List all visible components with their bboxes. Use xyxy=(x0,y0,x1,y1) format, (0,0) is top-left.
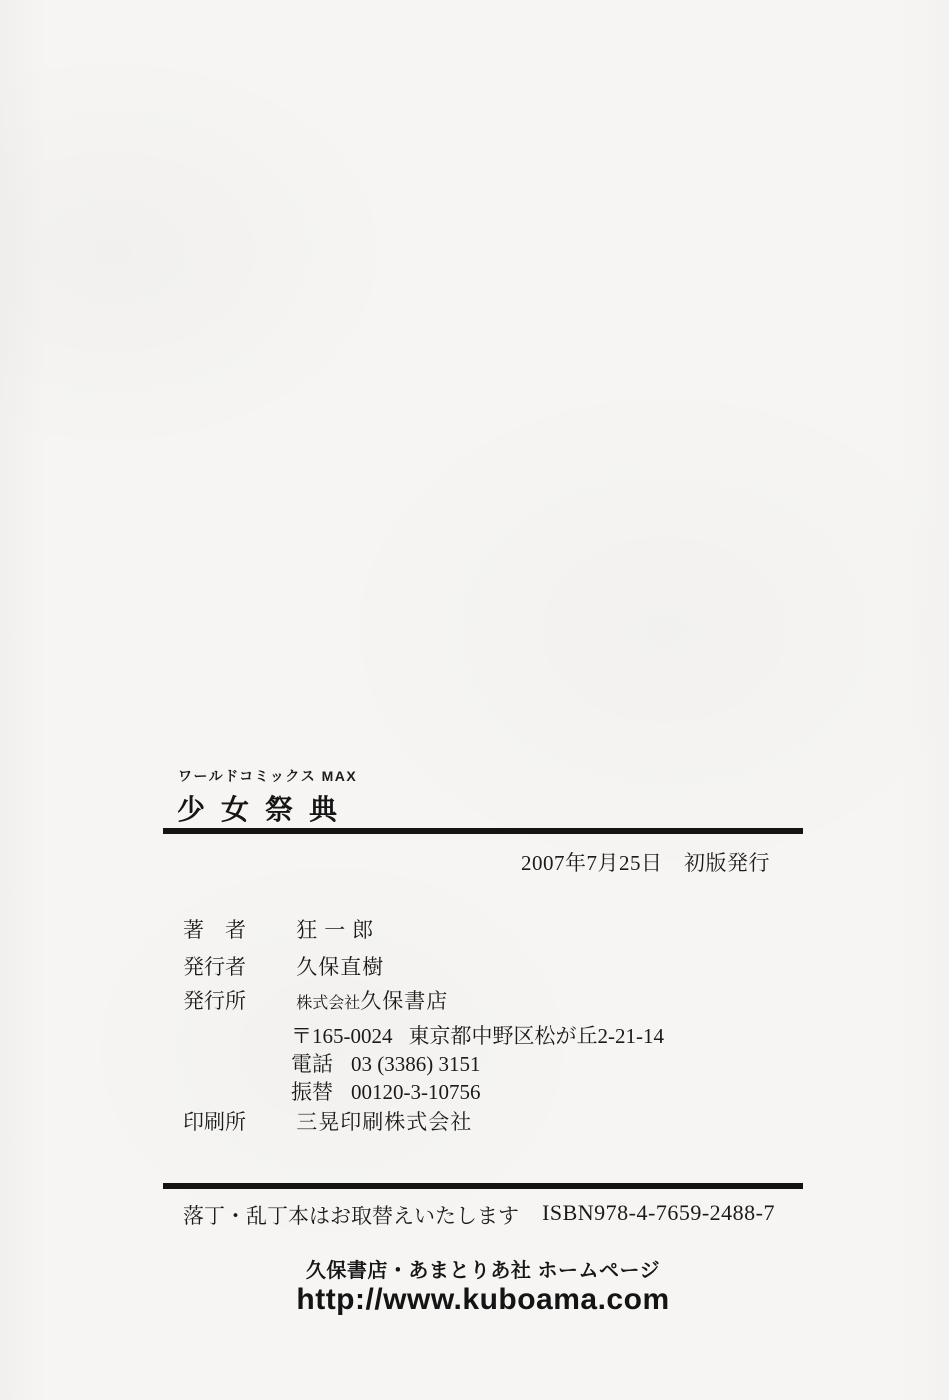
isbn-number: ISBN978-4-7659-2488-7 xyxy=(542,1200,775,1226)
printer-row: 印刷所 三晃印刷株式会社 xyxy=(183,1106,472,1136)
colophon-page: ワールドコミックス MAX 少女祭典 2007年7月25日 初版発行 著 者 狂… xyxy=(0,0,949,1400)
street-address: 東京都中野区松が丘2-21-14 xyxy=(409,1024,665,1048)
corporation-name: 久保書店 xyxy=(360,989,448,1013)
divider-bottom-rule xyxy=(163,1183,803,1189)
printer-value: 三晃印刷株式会社 xyxy=(296,1110,472,1134)
author-label: 著 者 xyxy=(183,914,246,944)
homepage-caption: 久保書店・あまとりあ社 ホームページ xyxy=(163,1254,803,1283)
phone-label: 電話 xyxy=(291,1052,333,1076)
edition-date: 2007年7月25日 初版発行 xyxy=(521,847,770,877)
publisher-row: 発行者 久保直樹 xyxy=(183,951,384,981)
publisher-label: 発行者 xyxy=(183,951,246,981)
transfer-label: 振替 xyxy=(291,1080,333,1104)
postal-transfer-line: 振替00120-3-10756 xyxy=(291,1076,481,1106)
corporation-prefix: 株式会社 xyxy=(296,995,360,1012)
publishing-house-row: 発行所 株式会社久保書店 xyxy=(183,985,448,1015)
book-title: 少女祭典 xyxy=(177,788,353,828)
defective-copy-notice: 落丁・乱丁本はお取替えいたします xyxy=(183,1200,519,1230)
divider-top-rule xyxy=(163,828,803,834)
printer-label: 印刷所 xyxy=(183,1106,246,1136)
publishing-house-label: 発行所 xyxy=(183,985,246,1015)
transfer-number: 00120-3-10756 xyxy=(351,1080,481,1104)
author-row: 著 者 狂一郎 xyxy=(183,914,380,944)
publishing-house-value: 株式会社久保書店 xyxy=(296,989,448,1013)
author-value: 狂一郎 xyxy=(296,918,380,942)
phone-number: 03 (3386) 3151 xyxy=(351,1052,481,1076)
postal-code: 〒165-0024 xyxy=(291,1024,393,1048)
phone-line: 電話03 (3386) 3151 xyxy=(291,1048,481,1078)
homepage-url: http://www.kuboama.com xyxy=(163,1283,803,1317)
publisher-value: 久保直樹 xyxy=(296,955,384,979)
series-label: ワールドコミックス MAX xyxy=(178,766,357,786)
address-line: 〒165-0024東京都中野区松が丘2-21-14 xyxy=(291,1020,664,1050)
